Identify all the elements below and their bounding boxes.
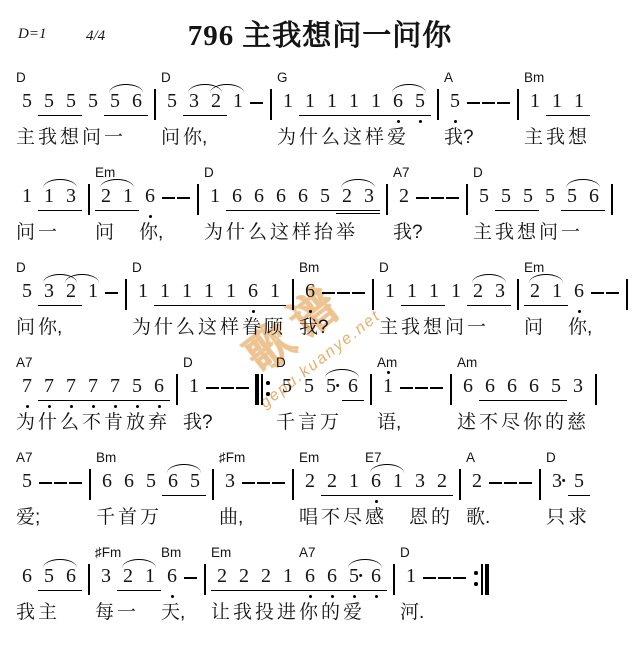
chord-label xyxy=(314,165,336,183)
chord-label xyxy=(387,450,409,468)
chord-label xyxy=(546,260,568,278)
note-digit: 1 xyxy=(82,280,104,302)
beam-underline xyxy=(154,305,176,306)
note-glyph: 1 xyxy=(16,183,38,219)
note-glyph: 5· xyxy=(320,373,342,409)
beam-underline xyxy=(126,400,148,401)
duration-dash xyxy=(351,278,366,314)
note-digit: 6 xyxy=(365,470,387,492)
octave-dot-low xyxy=(397,120,400,123)
note-digit: 1 xyxy=(176,280,198,302)
note-digit: 1 xyxy=(445,280,467,302)
dash-mark xyxy=(69,482,82,484)
note-glyph: 1 xyxy=(132,278,154,314)
dash-column xyxy=(481,70,496,152)
note-glyph: 1 xyxy=(401,278,423,314)
lyric-text: 求 xyxy=(568,504,590,532)
note-glyph: 2 xyxy=(117,563,139,599)
note-glyph: 1 xyxy=(400,563,422,599)
note-digit: 1 xyxy=(264,280,286,302)
lyric-text: 不 xyxy=(479,409,501,437)
note-column: 2 xyxy=(205,70,227,152)
note-column: A5我? xyxy=(444,70,466,152)
note-digit: 6 xyxy=(270,185,292,207)
dash-mark xyxy=(400,387,413,389)
chord-label xyxy=(423,260,445,278)
chord-label: D xyxy=(16,260,38,278)
chord-label xyxy=(409,70,431,88)
chord-label xyxy=(414,355,429,373)
chord-label xyxy=(60,165,82,183)
lyric-text xyxy=(431,124,444,152)
note-column: 6你 xyxy=(523,355,545,437)
chord-label xyxy=(154,260,176,278)
note-column: 1样 xyxy=(220,260,242,342)
chord-label xyxy=(342,355,364,373)
lyric-text xyxy=(415,219,430,247)
chord-label xyxy=(206,450,219,468)
barline-column xyxy=(364,355,377,437)
beam-underline xyxy=(38,210,60,211)
note-digit: 1 xyxy=(139,565,161,587)
note-glyph: 2 xyxy=(467,278,489,314)
octave-dot-low xyxy=(331,595,334,598)
chord-label xyxy=(399,355,414,373)
lyric-text xyxy=(445,219,460,247)
lyric-text xyxy=(358,219,380,247)
octave-dot-low xyxy=(70,405,73,408)
lyric-text: 感 xyxy=(365,504,387,532)
barline-mark xyxy=(539,469,541,500)
lyric-text: 言 xyxy=(298,409,320,437)
lyric-text xyxy=(489,314,511,342)
duration-dash xyxy=(161,183,176,219)
chord-label xyxy=(220,260,242,278)
lyric-text: 万 xyxy=(140,504,162,532)
barline xyxy=(605,183,618,219)
lyric-text: 一 xyxy=(104,124,126,152)
note-column: Em2问 xyxy=(95,165,117,247)
chord-label: ♯Fm xyxy=(219,450,241,468)
note-digit: 6 xyxy=(118,470,140,492)
note-digit: 1 xyxy=(277,90,299,112)
note-glyph: 3 xyxy=(60,183,82,219)
beam-underline-2 xyxy=(358,213,380,214)
note-column: 6么 xyxy=(248,165,270,247)
note-glyph: 1 xyxy=(546,278,568,314)
note-digit: 5 xyxy=(495,185,517,207)
dash-mark xyxy=(591,292,604,294)
dash-column xyxy=(605,260,620,342)
chord-label xyxy=(53,450,68,468)
note-digit: 1 xyxy=(379,280,401,302)
note-glyph: 5 xyxy=(276,373,298,409)
lyric-text xyxy=(429,409,444,437)
lyric-text xyxy=(481,124,496,152)
note-glyph: 7 xyxy=(104,373,126,409)
dash-mark xyxy=(162,197,175,199)
beam-underline xyxy=(82,400,104,401)
note-glyph: 6 xyxy=(583,183,605,219)
beam-underline xyxy=(38,305,60,306)
beam-underline xyxy=(546,305,568,306)
octave-dot-low xyxy=(454,120,457,123)
barline-column xyxy=(206,450,219,532)
note-glyph: 1 xyxy=(154,278,176,314)
chord-label: A7 xyxy=(299,545,321,563)
barline-mark xyxy=(372,279,374,310)
note-column: 2投 xyxy=(255,545,277,627)
note-digit: 6 xyxy=(161,565,183,587)
note-column: D5千 xyxy=(276,355,298,437)
lyric-text: 想 xyxy=(60,124,82,152)
octave-dot-low xyxy=(26,405,29,408)
beam-underline xyxy=(467,305,489,306)
chord-label xyxy=(220,355,235,373)
lyric-text: 主 xyxy=(379,314,401,342)
note-digit: 3 xyxy=(60,185,82,207)
note-digit: 5 xyxy=(126,375,148,397)
lyric-text: 爱 xyxy=(387,124,409,152)
beam-underline xyxy=(568,495,590,496)
note-glyph: 2 xyxy=(466,468,488,504)
lyric-text: 进 xyxy=(277,599,299,627)
note-column: 6不 xyxy=(479,355,501,437)
note-column: 3你, xyxy=(183,70,205,152)
barline xyxy=(460,183,473,219)
chord-label xyxy=(104,260,119,278)
note-digit: 5 xyxy=(568,470,590,492)
chord-label xyxy=(501,355,523,373)
barline-mark xyxy=(89,469,91,500)
chord-label: D xyxy=(132,260,154,278)
note-column: D5主 xyxy=(16,70,38,152)
lyric-text xyxy=(453,504,466,532)
chord-label xyxy=(248,165,270,183)
note-digit: 5 xyxy=(298,375,320,397)
note-column: 1问 xyxy=(16,165,38,247)
beam-underline xyxy=(546,115,568,116)
note-column: 6眷 xyxy=(242,260,264,342)
chord-label xyxy=(429,355,444,373)
lyric-text: 万 xyxy=(320,409,342,437)
beam-underline xyxy=(401,305,423,306)
note-digit: 3 xyxy=(95,565,117,587)
note-digit: 5 xyxy=(473,185,495,207)
chord-label xyxy=(140,450,162,468)
lyric-text xyxy=(264,124,277,152)
octave-dot-low xyxy=(252,310,255,313)
note-glyph: 1 xyxy=(220,278,242,314)
note-glyph: 7 xyxy=(16,373,38,409)
barline-column xyxy=(119,260,132,342)
note-column: 1什 xyxy=(299,70,321,152)
duration-dash xyxy=(466,88,481,124)
chord-label xyxy=(38,70,60,88)
lyric-text: 问 xyxy=(161,124,183,152)
beam-underline xyxy=(233,590,255,591)
chord-label xyxy=(270,165,292,183)
chord-label xyxy=(351,260,366,278)
octave-dot-low xyxy=(158,405,161,408)
dash-mark xyxy=(352,292,365,294)
chord-label xyxy=(38,450,53,468)
barline-mark xyxy=(611,184,613,215)
dash-mark xyxy=(519,482,532,484)
lyric-text: 的 xyxy=(431,504,453,532)
note-glyph: 2 xyxy=(431,468,453,504)
duration-dash xyxy=(437,563,452,599)
barline-mark xyxy=(393,564,395,595)
dash-mark xyxy=(272,482,285,484)
note-column: A72我? xyxy=(393,165,415,247)
note-digit: 5 xyxy=(16,280,38,302)
barline-mark xyxy=(292,469,294,500)
dash-mark xyxy=(415,387,428,389)
note-digit: 6 xyxy=(299,565,321,587)
duration-dash xyxy=(503,468,518,504)
note-column: Am6述 xyxy=(457,355,479,437)
lyric-text: 我? xyxy=(444,124,466,152)
lyric-text xyxy=(365,599,387,627)
lyric-text: 让 xyxy=(211,599,233,627)
note-glyph: 5 xyxy=(38,563,60,599)
beam-underline xyxy=(38,590,60,591)
chord-label xyxy=(321,70,343,88)
chord-label xyxy=(126,70,148,88)
chord-label xyxy=(568,450,590,468)
note-column: 5的 xyxy=(545,355,567,437)
lyric-text xyxy=(414,409,429,437)
note-digit: 5 xyxy=(184,470,206,492)
note-glyph: 2 xyxy=(336,183,358,219)
note-glyph: 7 xyxy=(60,373,82,409)
dash-mark xyxy=(54,482,67,484)
lyric-text xyxy=(366,314,379,342)
note-glyph: 5 xyxy=(568,468,590,504)
chord-label xyxy=(205,355,220,373)
note-digit: 1 xyxy=(524,90,546,112)
note-digit: 6 xyxy=(292,185,314,207)
lyric-text: 问 xyxy=(16,219,38,247)
lyric-text xyxy=(533,504,546,532)
duration-dash xyxy=(518,468,533,504)
chord-label xyxy=(605,165,618,183)
barline-column xyxy=(511,70,524,152)
duration-dash xyxy=(399,373,414,409)
lyric-text: 我? xyxy=(393,219,415,247)
beam-underline xyxy=(343,495,365,496)
note-column: 5求 xyxy=(568,450,590,532)
note-column: 1 xyxy=(82,260,104,342)
octave-dot-low xyxy=(578,310,581,313)
beam-underline xyxy=(270,210,292,211)
duration-dash xyxy=(104,278,119,314)
chord-label xyxy=(198,545,211,563)
chord-label xyxy=(546,70,568,88)
note-glyph: 5 xyxy=(16,278,38,314)
chord-label: D xyxy=(204,165,226,183)
barline-column xyxy=(387,545,400,627)
note-glyph: 1 xyxy=(139,563,161,599)
note-column: A76你 xyxy=(299,545,321,627)
beam-underline xyxy=(60,590,82,591)
note-digit: 5 xyxy=(444,90,466,112)
note-column: 3 xyxy=(489,260,511,342)
lyric-text: 肯 xyxy=(104,409,126,437)
lyric-text: 千 xyxy=(276,409,298,437)
beam-underline xyxy=(148,400,170,401)
note-column: 3恩 xyxy=(409,450,431,532)
note-glyph: 1 xyxy=(117,183,139,219)
chord-label xyxy=(545,355,567,373)
chord-label xyxy=(431,70,444,88)
chord-label xyxy=(60,545,82,563)
note-digit: 2 xyxy=(431,470,453,492)
chord-label xyxy=(256,450,271,468)
chord-label xyxy=(568,70,590,88)
beam-underline xyxy=(176,305,198,306)
lyric-text xyxy=(60,599,82,627)
beam-underline-2 xyxy=(336,213,358,214)
chord-label: D xyxy=(183,355,205,373)
lyric-text: 为 xyxy=(16,409,38,437)
octave-dot-low xyxy=(375,500,378,503)
beam-underline xyxy=(162,495,184,496)
barline-mark xyxy=(517,279,519,310)
duration-dash xyxy=(176,183,191,219)
chord-label xyxy=(176,165,191,183)
note-column: 5·爱 xyxy=(343,545,365,627)
duration-dash xyxy=(496,88,511,124)
repeat-dot xyxy=(266,392,270,396)
note-column: 6弃 xyxy=(148,355,170,437)
barline-column xyxy=(444,355,457,437)
dash-mark xyxy=(250,102,263,104)
chord-label: Bm xyxy=(96,450,118,468)
lyric-text: 问 xyxy=(445,314,467,342)
duration-dash xyxy=(415,183,430,219)
lyric-text: 我 xyxy=(546,124,568,152)
duration-dash xyxy=(481,88,496,124)
note-column: 5问 xyxy=(539,165,561,247)
lyric-text xyxy=(241,504,256,532)
note-digit: 7 xyxy=(82,375,104,397)
chord-label: A7 xyxy=(393,165,415,183)
chord-label xyxy=(539,165,561,183)
note-column: 5想 xyxy=(60,70,82,152)
barline-column xyxy=(366,260,379,342)
note-digit: 5 xyxy=(140,470,162,492)
duration-dash xyxy=(183,563,198,599)
beam-underline xyxy=(226,210,248,211)
note-digit: 1 xyxy=(546,90,568,112)
note-digit: 6 xyxy=(387,90,409,112)
note-column: 2一 xyxy=(117,545,139,627)
chord-label: Em xyxy=(299,450,321,468)
note-glyph: 2 xyxy=(95,183,117,219)
note-column: 6你, xyxy=(568,260,590,342)
lyric-text xyxy=(342,409,364,437)
lyric-text: 为 xyxy=(204,219,226,247)
note-glyph: 3 xyxy=(38,278,60,314)
note-digit: 1 xyxy=(387,470,409,492)
note-glyph: 6 xyxy=(242,278,264,314)
note-column: D1主 xyxy=(379,260,401,342)
lyric-text: 尽 xyxy=(343,504,365,532)
beam-underline xyxy=(299,590,321,591)
barline xyxy=(431,88,444,124)
chord-label xyxy=(488,450,503,468)
duration-dash xyxy=(205,373,220,409)
note-digit: 1 xyxy=(321,90,343,112)
duration-dash xyxy=(220,373,235,409)
note-glyph: 5 xyxy=(104,88,126,124)
note-column: 5 xyxy=(409,70,431,152)
lyric-text xyxy=(161,219,176,247)
note-digit: 2 xyxy=(95,185,117,207)
lyric-text xyxy=(422,599,437,627)
note-digit: 1 xyxy=(38,185,60,207)
dash-column xyxy=(161,165,176,247)
dash-column xyxy=(503,450,518,532)
lyric-text xyxy=(82,599,95,627)
song-number: 796 xyxy=(188,20,235,52)
beam-underline xyxy=(524,305,546,306)
chord-label xyxy=(233,545,255,563)
chord-label xyxy=(466,70,481,88)
duration-dash xyxy=(414,373,429,409)
lyric-text xyxy=(83,504,96,532)
chord-label: D xyxy=(16,70,38,88)
beam-underline xyxy=(517,210,539,211)
note-column: 3 xyxy=(60,165,82,247)
chord-label xyxy=(82,260,104,278)
chord-label xyxy=(148,355,170,373)
dash-column xyxy=(53,450,68,532)
repeat-thick-bar xyxy=(255,374,259,405)
lyric-text xyxy=(488,504,503,532)
note-column: D1为 xyxy=(204,165,226,247)
duration-dash xyxy=(336,278,351,314)
dash-mark xyxy=(423,577,436,579)
barline xyxy=(148,88,161,124)
dash-column xyxy=(249,70,264,152)
note-column: 5放 xyxy=(126,355,148,437)
barline xyxy=(620,278,633,314)
note-column: 6 xyxy=(126,70,148,152)
chord-label xyxy=(83,450,96,468)
note-glyph: 6 xyxy=(321,563,343,599)
note-glyph: 3 xyxy=(219,468,241,504)
chord-label xyxy=(431,450,453,468)
chord-label xyxy=(82,545,95,563)
lyric-text: 我 xyxy=(16,599,38,627)
note-digit: 5 xyxy=(539,185,561,207)
note-glyph: 1 xyxy=(38,183,60,219)
note-column: ♯Fm3每 xyxy=(95,545,117,627)
barline-mark xyxy=(437,89,439,120)
barline-mark xyxy=(450,374,452,405)
duration-dash xyxy=(256,468,271,504)
note-glyph: 1 xyxy=(82,278,104,314)
barline xyxy=(511,278,524,314)
note-digit: 5 xyxy=(517,185,539,207)
chord-label xyxy=(104,355,126,373)
barline-mark xyxy=(88,184,90,215)
note-digit: 3 xyxy=(183,90,205,112)
song-title: 主我想问一问你 xyxy=(242,20,452,52)
